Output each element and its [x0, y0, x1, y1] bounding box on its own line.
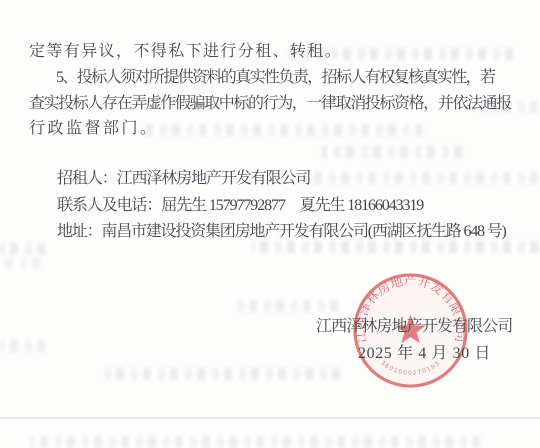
bleedthrough-ghost	[230, 300, 338, 312]
scan-separator-line	[0, 417, 540, 419]
bleedthrough-ghost	[105, 368, 340, 380]
document-page: 定等有异议，不得私下进行分租、转租。 5、投标人须对所提供资料的真实性负责，招标…	[0, 0, 540, 448]
contact-phone-line: 联系人及电话：屈先生 15797792877 夏先生 18166043319	[57, 196, 423, 216]
bleedthrough-ghost	[30, 436, 480, 448]
address-line: 地址：南昌市建设投资集团房地产开发有限公司(西湖区抚生路 648 号)	[57, 222, 506, 242]
bleedthrough-ghost	[0, 243, 45, 255]
signature-date: 2025 年 4 月 30 日	[358, 344, 491, 364]
bleedthrough-ghost	[300, 172, 538, 184]
lessor-line: 招租人：江西泽林房地产开发有限公司	[57, 169, 310, 189]
signature-company: 江西泽林房地产开发有限公司	[316, 317, 512, 337]
paragraph-line: 查实投标人存在弄虚作假骗取中标的行为，一律取消投标资格，并依法通报	[29, 94, 511, 114]
bleedthrough-ghost	[140, 124, 423, 136]
paragraph-line: 定等有异议，不得私下进行分租、转租。	[29, 42, 342, 62]
paragraph-line: 行政监督部门。	[29, 119, 159, 139]
bleedthrough-ghost	[322, 146, 462, 158]
paragraph-line: 5、投标人须对所提供资料的真实性负责，招标人有权复核真实性，若	[56, 68, 494, 88]
bleedthrough-ghost	[252, 241, 538, 253]
bleedthrough-ghost	[0, 257, 40, 269]
bleedthrough-ghost	[0, 340, 45, 352]
